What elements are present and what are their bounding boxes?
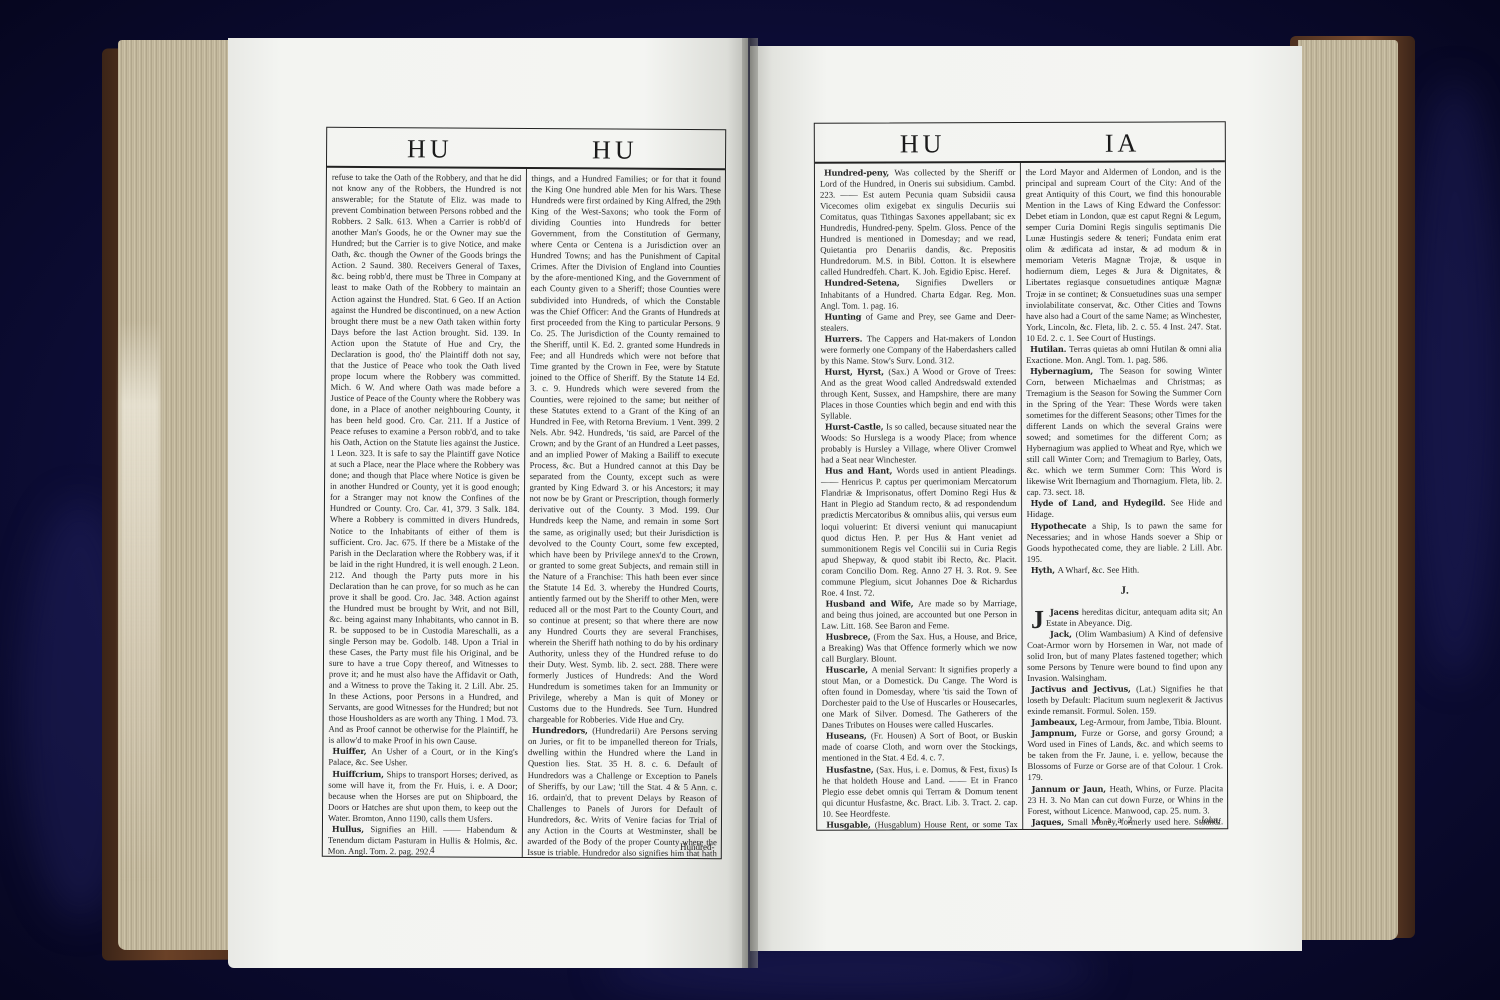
entries-j: JJacens hereditas dicitur, antequam adit… xyxy=(1027,606,1224,829)
entry-headword: Huseans, xyxy=(826,731,871,741)
entry-text: (Hundredarii) Are Persons serving on Jur… xyxy=(527,726,718,858)
entry-headword: Hurst, Hyrst, xyxy=(825,366,889,376)
left-page-column-2: things, and a Hundred Families; or for t… xyxy=(521,169,725,858)
entry-headword: Huiffer, xyxy=(332,746,371,756)
page-block-edge-right xyxy=(1298,40,1398,940)
entry-text: Leg-Armour, from Jambe, Tibia. Blount. xyxy=(1080,717,1222,727)
right-page-column-1: Hundred-peny, Was collected by the Sheri… xyxy=(815,163,1022,830)
entry-headword: Huiffcrium, xyxy=(332,768,386,778)
entry-headword: Hyth, xyxy=(1031,565,1058,575)
dictionary-entry: Jannum or Jaun, Heath, Whins, or Furze. … xyxy=(1028,783,1224,817)
catchword: John, xyxy=(1200,815,1220,825)
dictionary-entry: Husband and Wife, Are made so by Marriag… xyxy=(821,598,1017,632)
entry-headword: Hurrers. xyxy=(825,333,867,343)
catchword: Hundred- xyxy=(680,842,715,852)
dictionary-entry: Hurrers. The Cappers and Hat-makers of L… xyxy=(821,333,1017,367)
entry-text: refuse to take the Oath of the Robbery, … xyxy=(328,172,521,746)
running-head-right: HU xyxy=(592,135,638,165)
dictionary-entry: Hypothecate a Ship, Is to pawn the same … xyxy=(1027,520,1223,565)
entry-headword: Hundred-peny, xyxy=(824,167,895,177)
entry-headword: Hyde of Land, and Hydegild. xyxy=(1031,498,1171,508)
dictionary-entry: Husfastne, (Sax. Hus, i. e. Domus, & Fes… xyxy=(822,764,1018,820)
dictionary-entry: Jampnum, Furze or Gorse, and gorsy Groun… xyxy=(1027,728,1223,784)
dictionary-entry: Hyth, A Wharf, &c. See Hith. xyxy=(1027,564,1223,576)
drop-cap: J xyxy=(1027,609,1044,631)
left-page-text-block: HU HU refuse to take the Oath of the Rob… xyxy=(322,127,726,859)
entry-headword: Hullus, xyxy=(332,824,370,834)
left-page-column-1: refuse to take the Oath of the Robbery, … xyxy=(323,168,526,857)
entry-text: A Wharf, &c. See Hith. xyxy=(1058,564,1140,574)
right-page-column-2: the Lord Mayor and Aldermen of London, a… xyxy=(1019,162,1227,829)
dictionary-entry: Jactivus and Jectivus, (Lat.) Signifies … xyxy=(1027,683,1223,717)
entry-headword: Jacens xyxy=(1050,607,1082,617)
entry-headword: Hypothecate xyxy=(1031,520,1093,530)
dictionary-entry: Jack, (Olim Wambasium) A Kind of defensi… xyxy=(1027,628,1223,684)
book-gutter xyxy=(742,38,758,968)
velvet-fold xyxy=(1410,80,1500,680)
running-head-right: IA xyxy=(1105,129,1141,159)
entry-headword: Jannum or Jaun, xyxy=(1032,783,1110,793)
dictionary-entry: Jambeaux, Leg-Armour, from Jambe, Tibia.… xyxy=(1027,717,1223,729)
entry-text: Was collected by the Sheriff or Lord of … xyxy=(820,167,1016,277)
entry-text: things, and a Hundred Families; or for t… xyxy=(528,173,721,725)
running-head: HU IA xyxy=(815,122,1225,163)
entry-headword: Huscarle, xyxy=(826,665,872,675)
entry-headword: Hunting xyxy=(824,311,865,321)
dictionary-entry: Husbrece, (From the Sax. Hus, a House, a… xyxy=(822,631,1018,665)
entries-h: the Lord Mayor and Aldermen of London, a… xyxy=(1025,166,1222,575)
dictionary-entry: Hus and Hant, Words used in antient Plea… xyxy=(821,465,1017,598)
entry-headword: Jampnum, xyxy=(1031,728,1081,738)
entry-headword: Hus and Hant, xyxy=(825,466,897,476)
paper-damage xyxy=(120,320,160,880)
entry-headword: Hurst-Castle, xyxy=(825,422,886,432)
dictionary-entry: Huseans, (Fr. Housen) A Sort of Boot, or… xyxy=(822,730,1018,764)
dictionary-entry: Hundredors, (Hundredarii) Are Persons se… xyxy=(527,725,718,858)
dictionary-entry: Huiffcrium, Ships to transport Horses; d… xyxy=(328,768,518,824)
dictionary-entry: JJacens hereditas dicitur, antequam adit… xyxy=(1027,606,1223,629)
entry-headword: Jambeaux, xyxy=(1031,717,1080,727)
entry-headword: Hutilan. xyxy=(1030,344,1069,354)
entry-headword: Husfastne, xyxy=(826,764,876,774)
entry-headword: Jack, xyxy=(1050,629,1076,639)
entry-headword: Husbrece, xyxy=(826,631,874,641)
entry-headword: Hundred-Setena, xyxy=(824,278,915,288)
running-head: HU HU xyxy=(327,128,725,170)
dictionary-entry: Hundred-Setena, Signifies Dwellers or In… xyxy=(820,277,1016,311)
dictionary-entry: Hullus, Signifies an Hill. —— Habendum &… xyxy=(328,824,518,857)
dictionary-entry: Hutilan. Terras quietas ab omni Hutilan … xyxy=(1026,343,1222,366)
dictionary-entry: Hundred-peny, Was collected by the Sheri… xyxy=(820,167,1016,278)
dictionary-entry: Hunting of Game and Prey, see Game and D… xyxy=(820,311,1016,334)
running-head-left: HU xyxy=(407,134,453,164)
dictionary-entry: Hyde of Land, and Hydegild. See Hide and… xyxy=(1027,498,1223,521)
dictionary-entry: Husgable, (Husgablum) House Rent, or som… xyxy=(822,819,1018,830)
right-page-text-block: HU IA Hundred-peny, Was collected by the… xyxy=(814,121,1228,830)
dictionary-entry: things, and a Hundred Families; or for t… xyxy=(528,173,721,726)
dictionary-entry: Hybernagium, The Season for sowing Winte… xyxy=(1026,365,1222,498)
entry-headword: Hundredors, xyxy=(532,725,592,735)
entry-headword: Jaques, xyxy=(1032,817,1068,827)
entry-headword: Husband and Wife, xyxy=(825,598,918,608)
dictionary-entry: the Lord Mayor and Aldermen of London, a… xyxy=(1025,166,1221,343)
page-signature: A a a 2 xyxy=(1095,815,1134,825)
entry-text: the Lord Mayor and Aldermen of London, a… xyxy=(1025,166,1221,342)
dictionary-entry: refuse to take the Oath of the Robbery, … xyxy=(328,172,521,748)
dictionary-entry: Huscarle, A menial Servant: It signifies… xyxy=(822,664,1018,731)
dictionary-entry: Hurst, Hyrst, (Sax.) A Wood or Grove of … xyxy=(821,366,1017,422)
section-letter: J. xyxy=(1027,585,1223,597)
entry-text: Words used in antient Pleadings. —— Henr… xyxy=(821,465,1017,597)
entry-text: The Season for sowing Winter Corn, betwe… xyxy=(1026,365,1222,497)
running-head-left: HU xyxy=(900,129,946,159)
entry-headword: Jactivus and Jectivus, xyxy=(1031,684,1136,694)
dictionary-entry: Hurst-Castle, Is so called, because situ… xyxy=(821,421,1017,466)
page-signature: 4 xyxy=(430,845,435,855)
dictionary-entry: Huiffer, An Usher of a Court, or in the … xyxy=(328,746,518,769)
entry-headword: Husgable, xyxy=(826,819,875,829)
entry-headword: Hybernagium, xyxy=(1030,366,1100,376)
